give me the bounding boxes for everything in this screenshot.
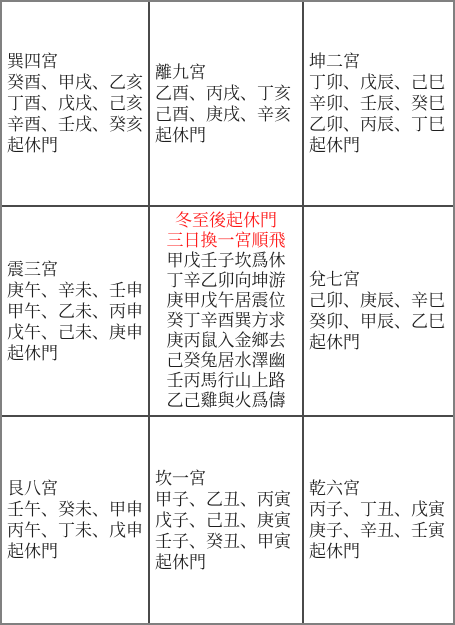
text-line: 戊子、己丑、庚寅 [155,510,302,531]
palace-cell-gen8: 艮八宮 壬午、癸未、甲申丙午、丁未、戊申起休門 [2,417,150,623]
palace-cell-zhen3: 震三宮 庚午、辛未、壬申甲午、乙未、丙申戊午、己未、庚申起休門 [2,207,150,417]
palace-lines: 庚午、辛未、壬申甲午、乙未、丙申戊午、己未、庚申起休門 [7,280,148,364]
palace-title: 坎一宮 [155,468,302,489]
text-line: 丁酉、戊戌、己亥 [7,93,148,114]
text-line: 庚子、辛丑、壬寅 [309,520,453,541]
text-line: 丁卯、戊辰、己巳 [309,72,453,93]
text-line: 起休門 [309,135,453,156]
text-line: 甲午、乙未、丙申 [7,301,148,322]
text-line: 癸卯、甲辰、乙巳 [309,311,453,332]
nine-palace-table: 巽四宮 癸酉、甲戌、乙亥丁酉、戊戌、己亥辛酉、壬戌、癸亥起休門 離九宮 乙酉、丙… [0,0,455,625]
palace-title: 兌七宮 [309,269,453,290]
palace-title: 坤二宮 [309,51,453,72]
text-line: 己酉、庚戌、辛亥 [155,104,302,125]
text-line: 辛卯、壬辰、癸巳 [309,93,453,114]
palace-cell-li9: 離九宮 乙酉、丙戌、丁亥己酉、庚戌、辛亥起休門 [150,2,304,207]
palace-cell-dui7: 兌七宮 己卯、庚辰、辛巳癸卯、甲辰、乙巳起休門 [304,207,453,417]
text-line: 甲戊壬子坎爲休 [167,251,286,271]
solstice-note-line-2: 三日換一宮順飛 [167,231,286,251]
text-line: 乙酉、丙戌、丁亥 [155,83,302,104]
text-line: 己癸兔居水澤幽 [167,351,286,371]
text-line: 壬子、癸丑、甲寅 [155,531,302,552]
text-line: 起休門 [7,541,148,562]
text-line: 庚甲戊午居震位 [167,291,286,311]
text-line: 起休門 [309,541,453,562]
text-line: 辛酉、壬戌、癸亥 [7,114,148,135]
palace-lines: 乙酉、丙戌、丁亥己酉、庚戌、辛亥起休門 [155,83,302,146]
text-line: 丙子、丁丑、戊寅 [309,499,453,520]
text-line: 起休門 [155,552,302,573]
palace-lines: 癸酉、甲戌、乙亥丁酉、戊戌、己亥辛酉、壬戌、癸亥起休門 [7,72,148,156]
palace-title: 乾六宮 [309,478,453,499]
palace-cell-xun4: 巽四宮 癸酉、甲戌、乙亥丁酉、戊戌、己亥辛酉、壬戌、癸亥起休門 [2,2,150,207]
text-line: 起休門 [309,332,453,353]
palace-lines: 丙子、丁丑、戊寅庚子、辛丑、壬寅起休門 [309,499,453,562]
palace-title: 艮八宮 [7,478,148,499]
palace-title: 震三宮 [7,259,148,280]
palace-lines: 甲子、乙丑、丙寅戊子、己丑、庚寅壬子、癸丑、甲寅起休門 [155,489,302,573]
text-line: 己卯、庚辰、辛巳 [309,290,453,311]
palace-title: 離九宮 [155,62,302,83]
palace-cell-kan1: 坎一宮 甲子、乙丑、丙寅戊子、己丑、庚寅壬子、癸丑、甲寅起休門 [150,417,304,623]
palace-lines: 壬午、癸未、甲申丙午、丁未、戊申起休門 [7,499,148,562]
text-line: 丙午、丁未、戊申 [7,520,148,541]
text-line: 乙卯、丙辰、丁巳 [309,114,453,135]
solstice-note-line-1: 冬至後起休門 [175,211,277,231]
text-line: 丁辛乙卯向坤游 [167,271,286,291]
palace-lines: 己卯、庚辰、辛巳癸卯、甲辰、乙巳起休門 [309,290,453,353]
text-line: 戊午、己未、庚申 [7,322,148,343]
text-line: 起休門 [7,135,148,156]
center-palace-cell: 冬至後起休門 三日換一宮順飛 甲戊壬子坎爲休丁辛乙卯向坤游庚甲戊午居震位癸丁辛酉… [150,207,304,417]
text-line: 起休門 [7,343,148,364]
text-line: 壬午、癸未、甲申 [7,499,148,520]
palace-cell-kun2: 坤二宮 丁卯、戊辰、己巳辛卯、壬辰、癸巳乙卯、丙辰、丁巳起休門 [304,2,453,207]
text-line: 癸酉、甲戌、乙亥 [7,72,148,93]
text-line: 起休門 [155,125,302,146]
palace-cell-qian6: 乾六宮 丙子、丁丑、戊寅庚子、辛丑、壬寅起休門 [304,417,453,623]
palace-verse-lines: 甲戊壬子坎爲休丁辛乙卯向坤游庚甲戊午居震位癸丁辛酉巽方求庚丙鼠入金鄉去己癸兔居水… [167,251,286,411]
palace-title: 巽四宮 [7,51,148,72]
text-line: 癸丁辛酉巽方求 [167,311,286,331]
text-line: 庚午、辛未、壬申 [7,280,148,301]
text-line: 庚丙鼠入金鄉去 [167,331,286,351]
text-line: 壬丙馬行山上路 [167,371,286,391]
text-line: 甲子、乙丑、丙寅 [155,489,302,510]
text-line: 乙己雞與火爲儔 [167,391,286,411]
palace-lines: 丁卯、戊辰、己巳辛卯、壬辰、癸巳乙卯、丙辰、丁巳起休門 [309,72,453,156]
